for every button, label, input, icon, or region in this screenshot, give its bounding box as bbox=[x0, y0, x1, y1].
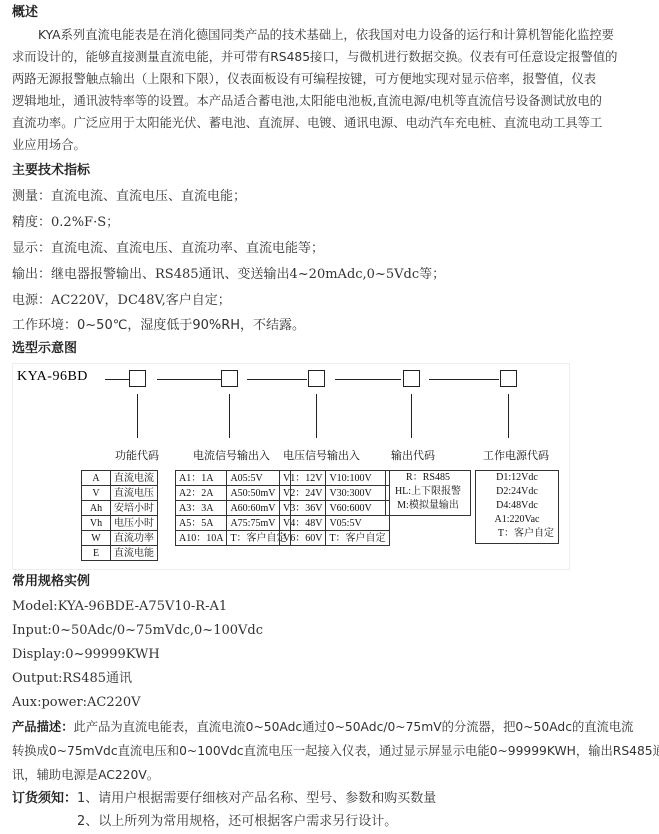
table-row: V直流电压 bbox=[82, 486, 158, 501]
overview-line-6: 业应用场合。 bbox=[12, 136, 86, 154]
caption-voltage: 电压信号输出入 bbox=[283, 447, 360, 463]
table-row: A1：1AA05:5V bbox=[176, 471, 291, 486]
overview-line-3: 两路无源报警触点输出（上限和下限），仪表面板设有可编程按键，可方便地实现对显示倍… bbox=[12, 70, 596, 88]
drop-line bbox=[229, 394, 230, 438]
examples-heading: 常用规格实例 bbox=[12, 573, 90, 591]
spec-output: 输出：继电器报警输出、RS485通讯、变送输出4~20mAdc,0~5Vdc等； bbox=[12, 266, 445, 284]
model-code: KYA-96BD bbox=[17, 369, 88, 385]
spec-accuracy: 精度：0.2%F·S； bbox=[12, 214, 119, 232]
overview-line-2: 求而设计的，能够直接测量直流电能，并可带有RS485接口，与微机进行数据交换。仪… bbox=[12, 48, 617, 66]
example-output: Output:RS485通讯 bbox=[12, 670, 132, 688]
connector-line bbox=[247, 379, 307, 380]
caption-output: 输出代码 bbox=[391, 447, 435, 463]
spec-power: 电源：AC220V，DC48V,客户自定； bbox=[12, 292, 231, 310]
selection-heading: 选型示意图 bbox=[12, 340, 77, 358]
drop-line bbox=[508, 394, 509, 438]
description-line-1: 产品描述：此产品为直流电能表，直流电流0~50Adc通过0~50Adc/0~75… bbox=[12, 718, 633, 736]
drop-line bbox=[137, 394, 138, 438]
table-row: A5：5AA75:75mV bbox=[176, 516, 291, 531]
table-row: V6：60VT：客户自定 bbox=[280, 531, 390, 546]
table-row: E直流电能 bbox=[82, 546, 158, 561]
example-model: Model:KYA-96BDE-A75V10-R-A1 bbox=[12, 598, 227, 616]
description-line-2: 转换成0~75mVdc直流电压和0~100Vdc直流电压一起接入仪表，通过显示屏… bbox=[12, 742, 659, 760]
spec-display: 显示：直流电流、直流电压、直流功率、直流电能等； bbox=[12, 240, 324, 258]
connector-line bbox=[429, 379, 499, 380]
output-code-box: R：RS485 HL:上下限报警 M:模拟量输出 bbox=[385, 470, 471, 516]
example-display: Display:0~99999KWH bbox=[12, 646, 160, 664]
table-row: V2：24VV30:300V bbox=[280, 486, 390, 501]
example-input: Input:0~50Adc/0~75mVdc,0~100Vdc bbox=[12, 622, 263, 640]
spec-measure: 测量：直流电流、直流电压、直流电能； bbox=[12, 188, 246, 206]
code-box-current bbox=[221, 370, 238, 387]
power-code-box: D1:12Vdc D2:24Vdc D4:48Vdc A1:220Vac T：客… bbox=[475, 470, 559, 544]
caption-current: 电流信号输出入 bbox=[193, 447, 270, 463]
selection-diagram: KYA-96BD 功能代码 电流信号输出入 电压信号输出入 输出代码 工作电源代… bbox=[12, 363, 570, 570]
code-box-function bbox=[129, 370, 146, 387]
overview-line-1: KYA系列直流电能表是在消化德国同类产品的技术基础上，依我国对电力设备的运行和计… bbox=[38, 26, 614, 44]
example-aux-power: Aux:power:AC220V bbox=[12, 694, 141, 712]
voltage-signal-table: V1：12VV10:100V V2：24VV30:300V V3：36VV60:… bbox=[279, 470, 390, 546]
table-row: A10：10AT：客户自定 bbox=[176, 531, 291, 546]
drop-line bbox=[411, 394, 412, 438]
code-box-voltage bbox=[308, 370, 325, 387]
table-row: A3：3AA60:60mV bbox=[176, 501, 291, 516]
table-row: V4：48VV05:5V bbox=[280, 516, 390, 531]
table-row: V1：12VV10:100V bbox=[280, 471, 390, 486]
drop-line bbox=[316, 394, 317, 438]
spec-environment: 工作环境：0~50℃，湿度低于90%RH，不结露。 bbox=[12, 317, 305, 335]
connector-line bbox=[157, 379, 221, 380]
code-box-output bbox=[403, 370, 420, 387]
caption-function: 功能代码 bbox=[115, 447, 159, 463]
table-row: Vh电压小时 bbox=[82, 516, 158, 531]
table-row: A2：2AA50:50mV bbox=[176, 486, 291, 501]
specs-heading: 主要技术指标 bbox=[12, 162, 90, 180]
caption-power: 工作电源代码 bbox=[483, 447, 549, 463]
table-row: W直流功率 bbox=[82, 531, 158, 546]
overview-heading: 概述 bbox=[12, 4, 38, 22]
table-row: A直流电流 bbox=[82, 471, 158, 486]
overview-line-4: 逻辑地址，通讯波特率等的设置。本产品适合蓄电池,太阳能电池板,直流电源/电机等直… bbox=[12, 92, 602, 110]
order-line-1: 订货须知：1、请用户根据需要仔细核对产品名称、型号、参数和购买数量 bbox=[12, 790, 436, 808]
code-box-power bbox=[500, 370, 517, 387]
current-signal-table: A1：1AA05:5V A2：2AA50:50mV A3：3AA60:60mV … bbox=[175, 470, 291, 546]
description-line-3: 讯，辅助电源是AC220V。 bbox=[12, 766, 159, 784]
function-code-table: A直流电流 V直流电压 Ah安培小时 Vh电压小时 W直流功率 E直流电能 bbox=[81, 470, 158, 561]
table-row: Ah安培小时 bbox=[82, 501, 158, 516]
overview-line-5: 直流功率。广泛应用于太阳能光伏、蓄电池、直流屏、电镀、通讯电源、电动汽车充电桩、… bbox=[12, 114, 602, 132]
connector-line bbox=[105, 379, 129, 380]
order-line-2: 2、以上所列为常用规格，还可根据客户需求另行设计。 bbox=[77, 813, 397, 831]
table-row: V3：36VV60:600V bbox=[280, 501, 390, 516]
connector-line bbox=[335, 379, 401, 380]
